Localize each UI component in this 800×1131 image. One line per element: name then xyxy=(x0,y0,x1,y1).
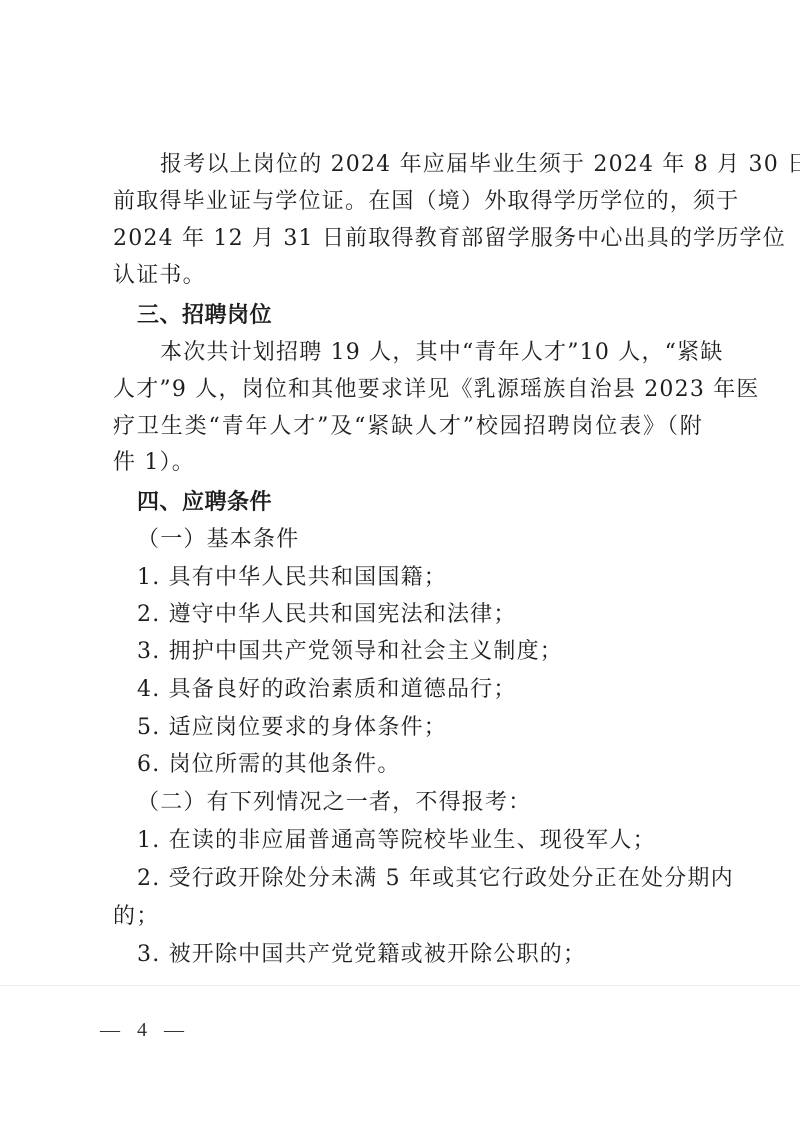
list-item: 4. 具备良好的政治素质和道德品行； xyxy=(137,677,703,703)
list-item: 3. 被开除中国共产党党籍或被开除公职的； xyxy=(137,942,703,968)
list-item: 6. 岗位所需的其他条件。 xyxy=(137,752,703,778)
paragraph-line: 报考以上岗位的 2024 年应届毕业生须于 2024 年 8 月 30 日 xyxy=(160,152,703,178)
paragraph-line: 件 1）。 xyxy=(113,450,703,476)
list-item: 1. 具有中华人民共和国国籍； xyxy=(137,565,703,591)
paragraph-line: 人才”9 人，岗位和其他要求详见《乳源瑶族自治县 2023 年医 xyxy=(113,377,703,403)
section-heading-application-conditions: 四、应聘条件 xyxy=(137,490,703,516)
paragraph-line: 2024 年 12 月 31 日前取得教育部留学服务中心出具的学历学位 xyxy=(113,226,703,252)
list-item-continuation: 的； xyxy=(113,904,703,930)
page-divider xyxy=(0,985,800,986)
list-item: 2. 遵守中华人民共和国宪法和法律； xyxy=(137,602,703,628)
section-heading-recruitment-positions: 三、招聘岗位 xyxy=(137,303,703,329)
paragraph-line: 本次共计划招聘 19 人，其中“青年人才”10 人，“紧缺 xyxy=(160,340,703,366)
paragraph-line: 前取得毕业证与学位证。在国（境）外取得学历学位的，须于 xyxy=(113,189,703,215)
list-item: 5. 适应岗位要求的身体条件； xyxy=(137,715,703,741)
document-page: 报考以上岗位的 2024 年应届毕业生须于 2024 年 8 月 30 日 前取… xyxy=(0,0,800,1131)
list-item: 2. 受行政开除处分未满 5 年或其它行政处分正在处分期内 xyxy=(137,866,703,892)
list-item: 1. 在读的非应届普通高等院校毕业生、现役军人； xyxy=(137,828,703,854)
list-item: 3. 拥护中国共产党领导和社会主义制度； xyxy=(137,639,703,665)
subsection-heading-exclusions: （二）有下列情况之一者，不得报考： xyxy=(137,790,703,816)
paragraph-line: 认证书。 xyxy=(113,263,703,289)
paragraph-line: 疗卫生类“青年人才”及“紧缺人才”校园招聘岗位表》（附 xyxy=(113,414,703,440)
subsection-heading-basic-conditions: （一）基本条件 xyxy=(137,527,703,553)
page-number: — 4 — xyxy=(100,1017,190,1043)
